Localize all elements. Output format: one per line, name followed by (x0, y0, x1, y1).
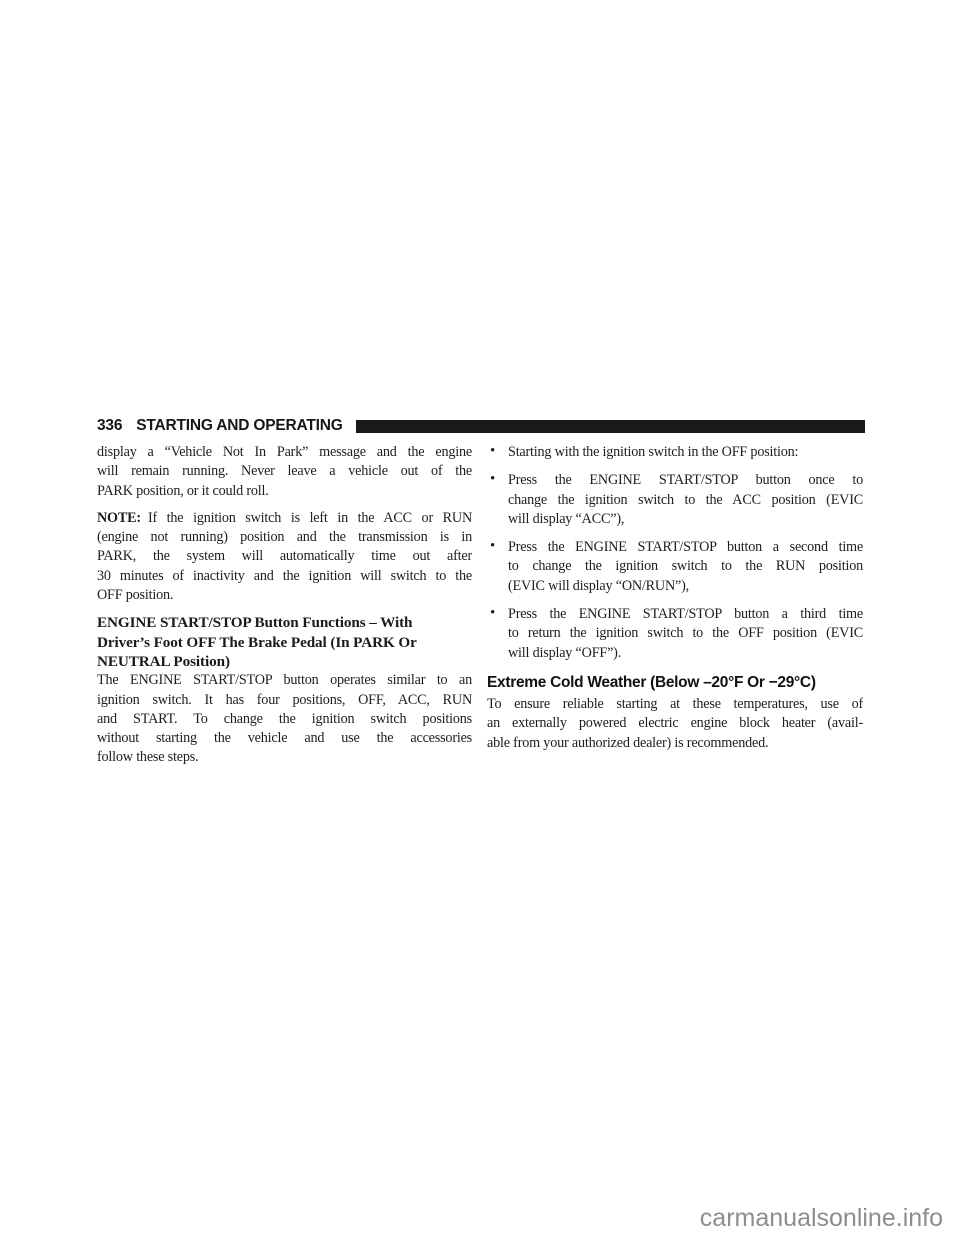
text-line: 30 minutes of inactivity and the ignitio… (97, 567, 472, 586)
page-number: 336 (97, 417, 122, 435)
text-line: will display “OFF”). (508, 644, 863, 663)
text-line: PARK, the system will automatically time… (97, 547, 472, 566)
list-item: • Starting with the ignition switch in t… (487, 443, 863, 462)
text-line: Press the ENGINE START/STOP button a thi… (508, 605, 863, 624)
page-header-title: STARTING AND OPERATING (136, 417, 342, 435)
list-item: • Press the ENGINE START/STOP button a t… (487, 605, 863, 663)
bullet-icon: • (490, 470, 495, 489)
text-line: will remain running. Never leave a vehic… (97, 462, 472, 481)
bullet-icon: • (490, 537, 495, 556)
note-paragraph: NOTE:If the ignition switch is left in t… (97, 509, 472, 605)
section-heading-extreme-cold-weather: Extreme Cold Weather (Below –20°F Or −29… (487, 672, 863, 693)
text-line: The ENGINE START/STOP button operates si… (97, 671, 472, 690)
manual-page: 336 STARTING AND OPERATING display a “Ve… (0, 0, 960, 1242)
header-rule-bar (356, 420, 865, 433)
left-column: display a “Vehicle Not In Park” message … (97, 443, 472, 776)
watermark: carmanualsonline.info (700, 1204, 943, 1233)
text-line: change the ignition switch to the ACC po… (508, 491, 863, 510)
text-line: ignition switch. It has four positions, … (97, 691, 472, 710)
bullet-icon: • (490, 442, 495, 461)
paragraph-vehicle-not-in-park: display a “Vehicle Not In Park” message … (97, 443, 472, 501)
text-line: follow these steps. (97, 748, 472, 767)
text-line: to change the ignition switch to the RUN… (508, 557, 863, 576)
text-line: and START. To change the ignition switch… (97, 710, 472, 729)
text-line: able from your authorized dealer) is rec… (487, 734, 863, 753)
text-line: to return the ignition switch to the OFF… (508, 624, 863, 643)
section-heading-engine-start-stop: ENGINE START/STOP Button Functions – Wit… (97, 613, 472, 671)
page-header: 336 STARTING AND OPERATING (97, 417, 865, 435)
list-item: • Press the ENGINE START/STOP button onc… (487, 471, 863, 529)
text-line: OFF position. (97, 586, 472, 605)
text-line: Press the ENGINE START/STOP button a sec… (508, 538, 863, 557)
text-line: Starting with the ignition switch in the… (508, 443, 863, 462)
text-line: without starting the vehicle and use the… (97, 729, 472, 748)
text-line: (EVIC will display “ON/RUN”), (508, 577, 863, 596)
bullet-icon: • (490, 604, 495, 623)
heading-line: Driver’s Foot OFF The Brake Pedal (In PA… (97, 633, 472, 652)
note-text: If the ignition switch is left in the AC… (148, 510, 472, 526)
text-line: To ensure reliable starting at these tem… (487, 695, 863, 714)
list-item: • Press the ENGINE START/STOP button a s… (487, 538, 863, 596)
text-line: display a “Vehicle Not In Park” message … (97, 443, 472, 462)
paragraph-engine-start-stop-body: The ENGINE START/STOP button operates si… (97, 671, 472, 767)
text-line: an externally powered electric engine bl… (487, 714, 863, 733)
text-line: (engine not running) position and the tr… (97, 528, 472, 547)
text-line: NOTE:If the ignition switch is left in t… (97, 509, 472, 528)
paragraph-extreme-cold-body: To ensure reliable starting at these tem… (487, 695, 863, 753)
text-line: Press the ENGINE START/STOP button once … (508, 471, 863, 490)
text-line: will display “ACC”), (508, 510, 863, 529)
text-line: PARK position, or it could roll. (97, 482, 472, 501)
heading-line: NEUTRAL Position) (97, 652, 472, 671)
note-label: NOTE: (97, 510, 141, 526)
right-column: • Starting with the ignition switch in t… (487, 443, 863, 761)
heading-line: ENGINE START/STOP Button Functions – Wit… (97, 613, 472, 632)
